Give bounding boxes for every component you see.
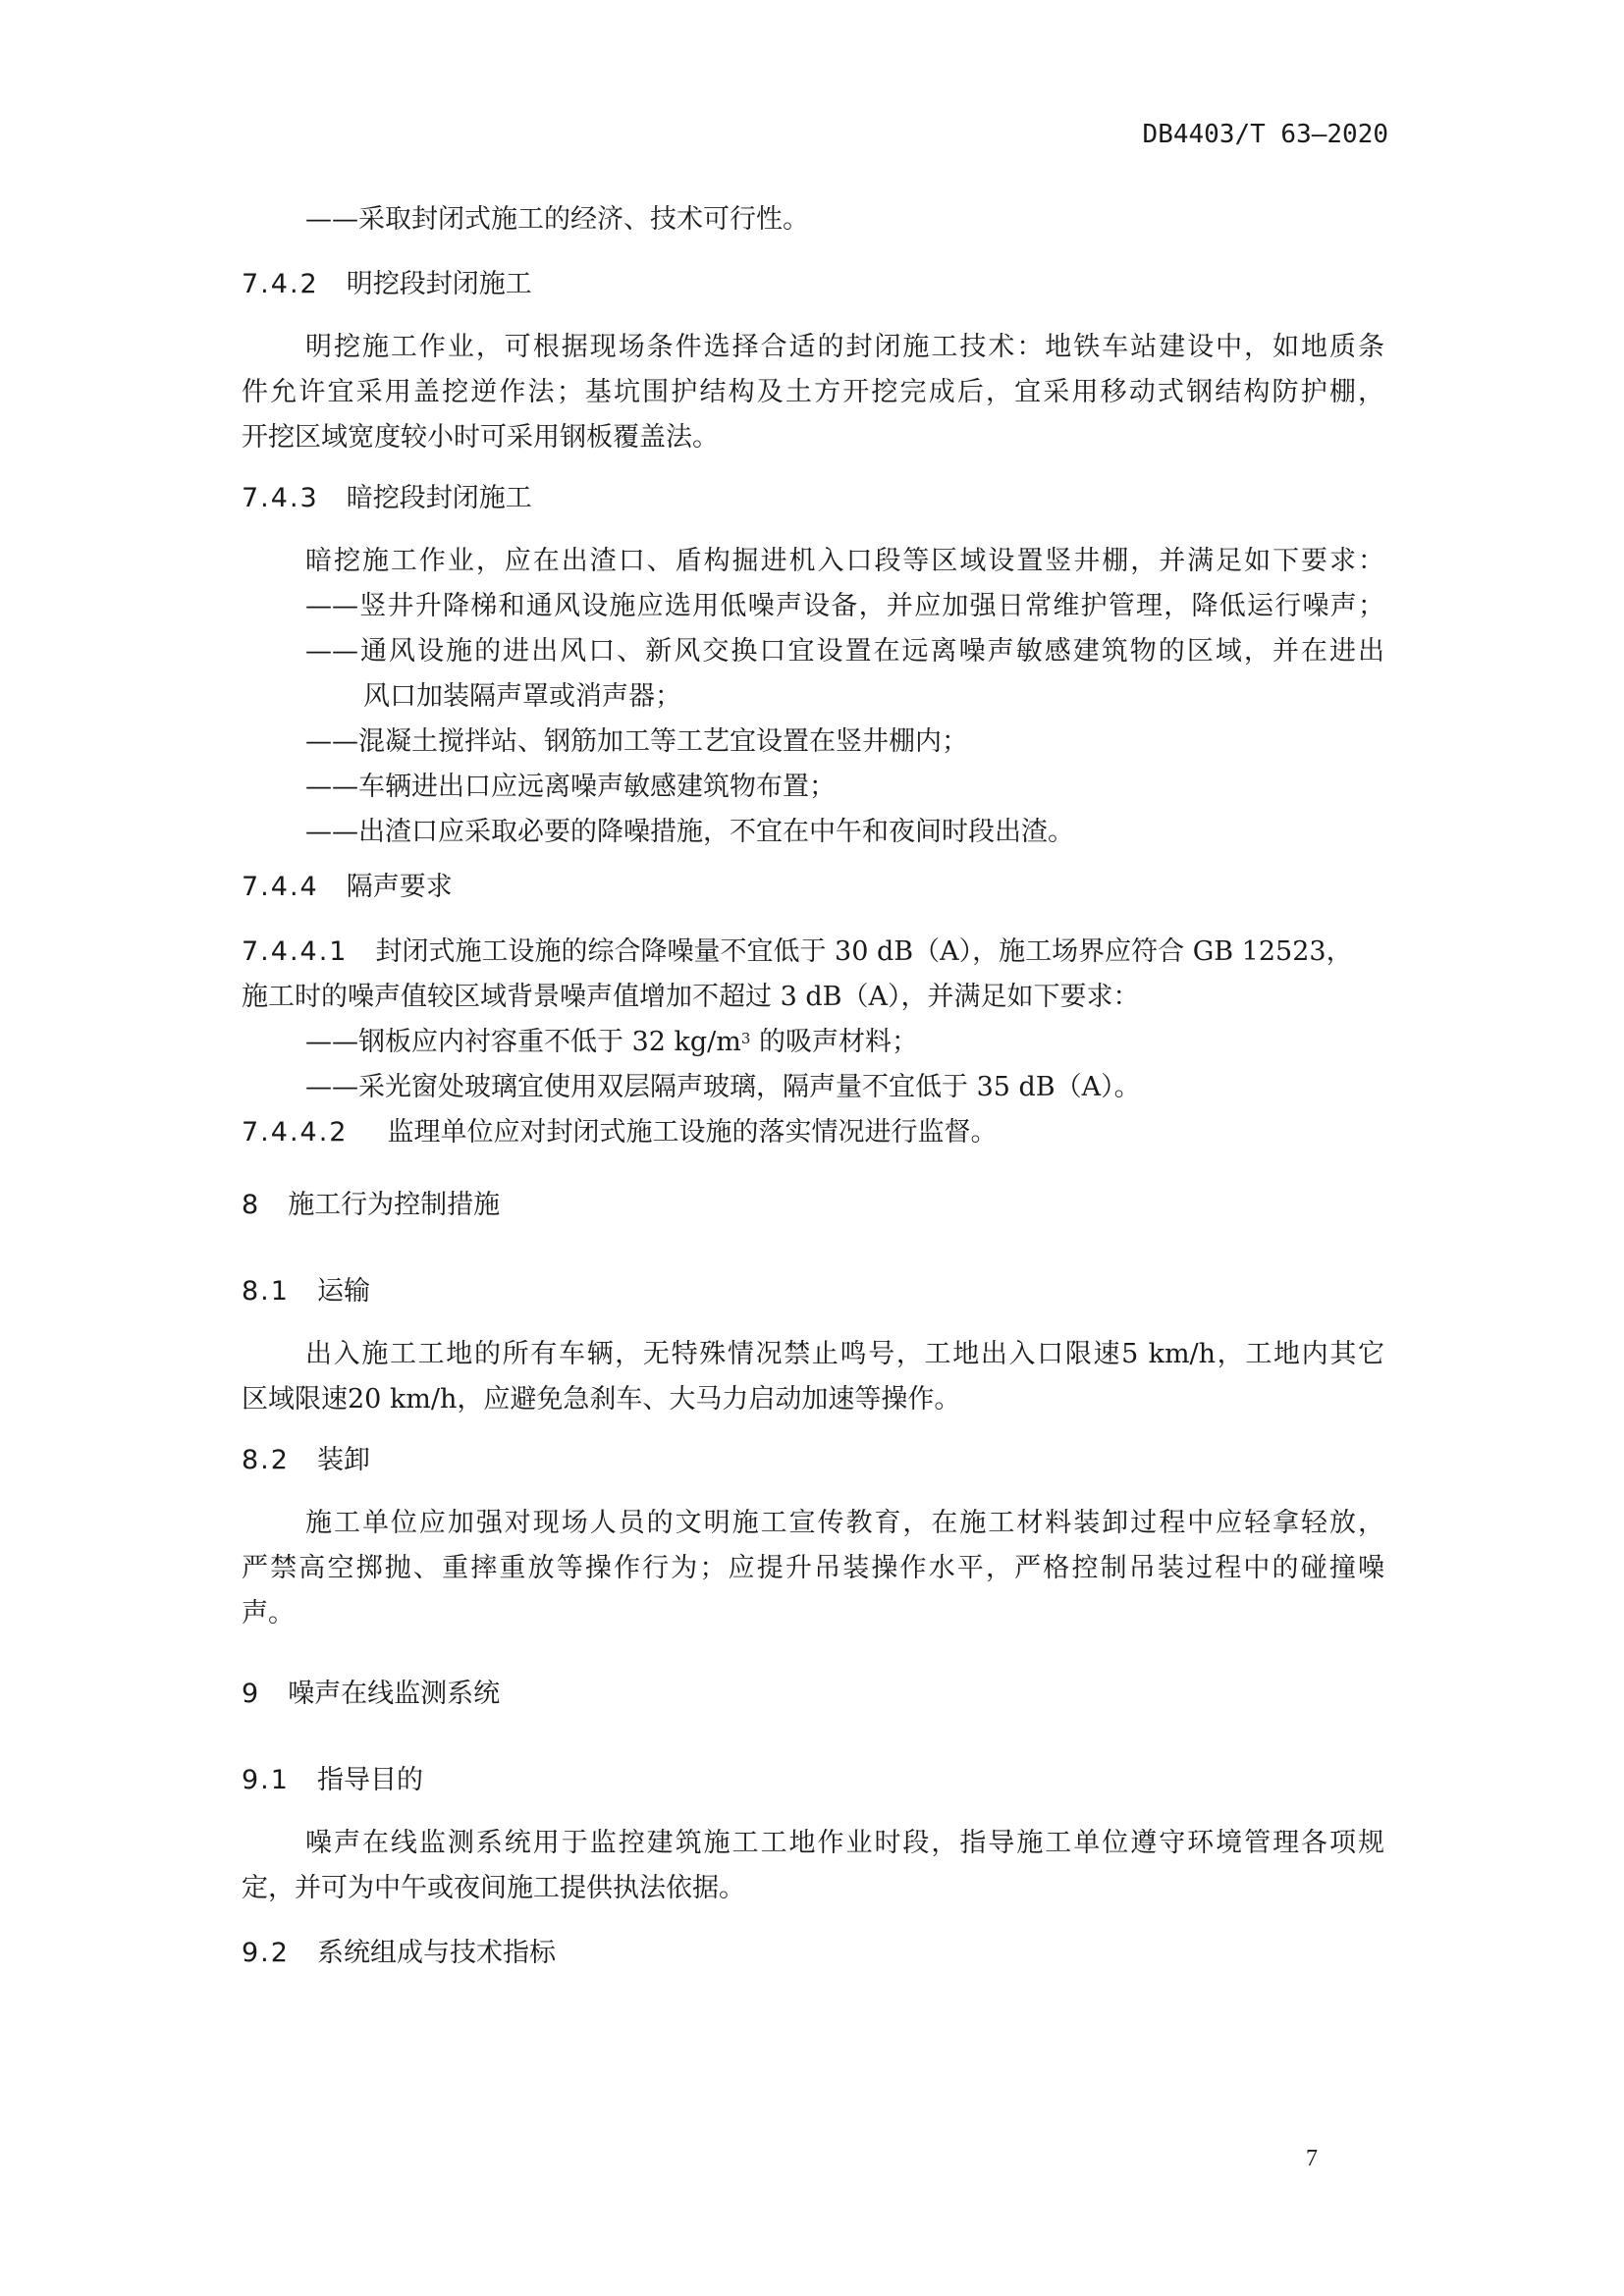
section-heading-8-2: 8.2装卸 — [242, 1443, 370, 1478]
list-item-text: ——钢板应内衬容重不低于 32 kg/m — [305, 1027, 741, 1057]
paragraph-line: 施工时的噪声值较区域背景噪声值增加不超过 3 dB（A），并满足如下要求： — [242, 980, 1139, 1015]
list-item: ——通风设施的进出风口、新风交换口宜设置在远离噪声敏感建筑物的区域，并在进出 — [305, 634, 1384, 669]
list-item: ——采光窗处玻璃宜使用双层隔声玻璃，隔声量不宜低于 35 dB（A）。 — [305, 1070, 1141, 1105]
paragraph-line: 出入施工工地的所有车辆，无特殊情况禁止鸣号，工地出入口限速5 km/h，工地内其… — [305, 1337, 1384, 1372]
chapter-title: 噪声在线监测系统 — [288, 1679, 500, 1709]
section-title: 隔声要求 — [347, 872, 453, 902]
list-item: ——钢板应内衬容重不低于 32 kg/m3 的吸声材料； — [305, 1025, 918, 1060]
clause-text: 监理单位应对封闭式施工设施的落实情况进行监督。 — [387, 1117, 997, 1148]
chapter-title: 施工行为控制措施 — [288, 1190, 500, 1220]
list-item-text: 的吸声材料； — [750, 1027, 918, 1057]
paragraph-line: 噪声在线监测系统用于监控建筑施工工地作业时段，指导施工单位遵守环境管理各项规 — [305, 1826, 1384, 1861]
section-heading-7-4-2: 7.4.2明挖段封闭施工 — [242, 267, 532, 302]
paragraph-line: 明挖施工作业，可根据现场条件选择合适的封闭施工技术：地铁车站建设中，如地质条 — [305, 330, 1384, 365]
section-heading-9-1: 9.1指导目的 — [242, 1763, 423, 1798]
paragraph-line: 区域限速20 km/h，应避免急刹车、大马力启动加速等操作。 — [242, 1382, 960, 1417]
chapter-number: 8 — [242, 1188, 260, 1223]
section-title: 明挖段封闭施工 — [347, 269, 532, 299]
section-number: 8.2 — [242, 1443, 290, 1478]
section-title: 暗挖段封闭施工 — [347, 483, 532, 513]
paragraph-line: 暗挖施工作业，应在出渣口、盾构掘进机入口段等区域设置竖井棚，并满足如下要求： — [305, 544, 1384, 579]
document-id-header: DB4403/T 63—2020 — [1143, 120, 1388, 149]
paragraph-line: 件允许宜采用盖挖逆作法；基坑围护结构及土方开挖完成后，宜采用移动式钢结构防护棚， — [242, 375, 1384, 410]
list-item: ——出渣口应采取必要的降噪措施，不宜在中午和夜间时段出渣。 — [305, 815, 1074, 850]
clause-text: 封闭式施工设施的综合降噪量不宜低于 30 dB（A），施工场界应符合 GB 12… — [375, 936, 1352, 967]
chapter-heading-9: 9噪声在线监测系统 — [242, 1677, 500, 1712]
section-heading-8-1: 8.1运输 — [242, 1274, 370, 1309]
chapter-number: 9 — [242, 1677, 260, 1712]
clause-7-4-4-1: 7.4.4.1封闭式施工设施的综合降噪量不宜低于 30 dB（A），施工场界应符… — [242, 934, 1353, 970]
paragraph-line: 开挖区域宽度较小时可采用钢板覆盖法。 — [242, 420, 719, 455]
section-number: 7.4.2 — [242, 267, 319, 302]
section-heading-7-4-3: 7.4.3暗挖段封闭施工 — [242, 481, 532, 516]
list-item: ——混凝土搅拌站、钢筋加工等工艺宜设置在竖井棚内； — [305, 724, 968, 760]
list-item-continuation: 风口加装隔声罩或消声器； — [363, 679, 681, 715]
paragraph-line: 施工单位应加强对现场人员的文明施工宣传教育，在施工材料装卸过程中应轻拿轻放， — [305, 1506, 1384, 1541]
list-item: ——采取封闭式施工的经济、技术可行性。 — [305, 202, 809, 238]
superscript: 3 — [741, 1030, 751, 1047]
section-heading-9-2: 9.2系统组成与技术指标 — [242, 1936, 556, 1971]
section-number: 9.2 — [242, 1936, 290, 1971]
clause-number: 7.4.4.1 — [242, 934, 348, 970]
list-item: ——竖井升降梯和通风设施应选用低噪声设备，并应加强日常维护管理，降低运行噪声； — [305, 589, 1384, 624]
section-number: 7.4.4 — [242, 870, 319, 905]
section-number: 9.1 — [242, 1763, 290, 1798]
section-heading-7-4-4: 7.4.4隔声要求 — [242, 870, 453, 905]
paragraph-line: 声。 — [242, 1596, 295, 1631]
document-page: DB4403/T 63—2020 ——采取封闭式施工的经济、技术可行性。 7.4… — [0, 0, 1624, 2296]
section-title: 指导目的 — [317, 1765, 423, 1795]
section-title: 系统组成与技术指标 — [317, 1938, 556, 1968]
section-number: 7.4.3 — [242, 481, 319, 516]
section-title: 装卸 — [317, 1445, 370, 1475]
section-number: 8.1 — [242, 1274, 290, 1309]
paragraph-line: 严禁高空掷抛、重摔重放等操作行为；应提升吊装操作水平，严格控制吊装过程中的碰撞噪 — [242, 1551, 1384, 1586]
list-item: ——车辆进出口应远离噪声敏感建筑物布置； — [305, 770, 836, 805]
page-number: 7 — [1306, 2146, 1318, 2172]
paragraph-line: 定，并可为中午或夜间施工提供执法依据。 — [242, 1871, 745, 1906]
chapter-heading-8: 8施工行为控制措施 — [242, 1188, 500, 1223]
clause-number: 7.4.4.2 — [242, 1115, 348, 1150]
section-title: 运输 — [317, 1276, 370, 1307]
clause-7-4-4-2: 7.4.4.2监理单位应对封闭式施工设施的落实情况进行监督。 — [242, 1115, 997, 1150]
